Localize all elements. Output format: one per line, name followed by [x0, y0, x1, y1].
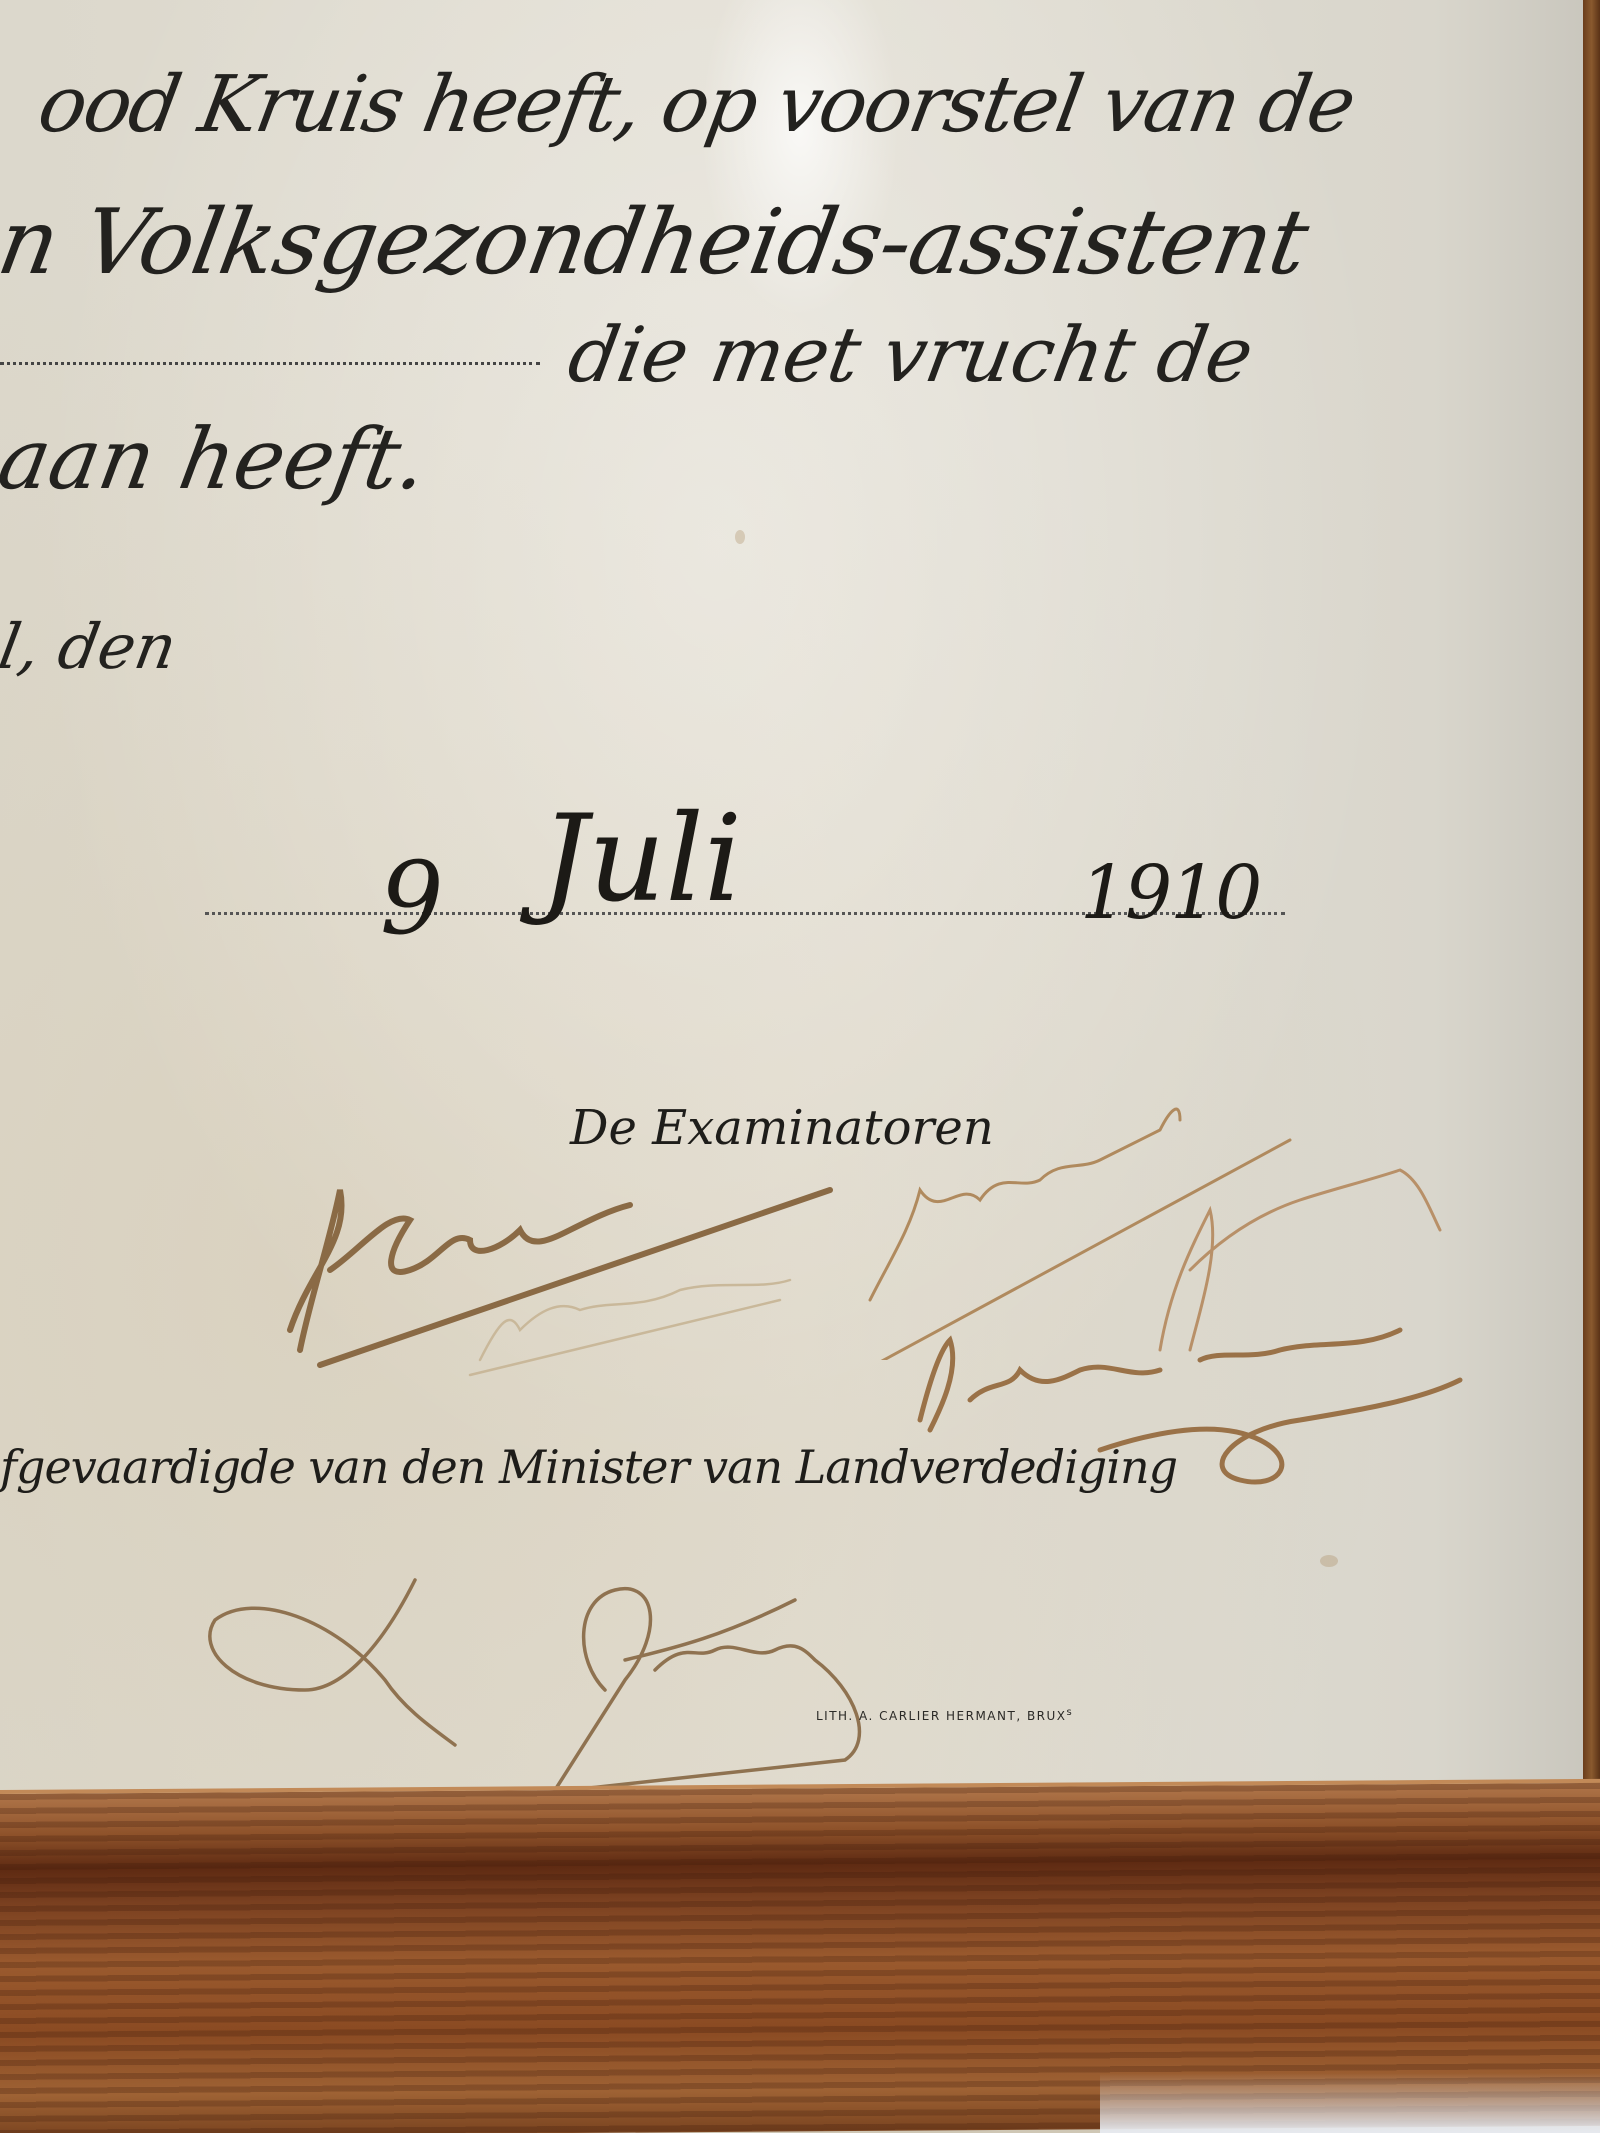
certificate-line-3: die met vrucht de [562, 310, 1260, 399]
minister-delegate-line: fgevaardigde van den Minister van Landve… [0, 1440, 1177, 1494]
printer-credit-text: LITH. A. CARLIER HERMANT, BRUX [816, 1709, 1067, 1723]
foxing-spot [1320, 1555, 1338, 1567]
foxing-spot [735, 530, 745, 544]
date-prefix: l, den [0, 610, 182, 683]
date-day: 9 [380, 840, 444, 957]
certificate-line-1: ood Kruis heeft, op voorstel van de [32, 60, 1360, 150]
wooden-frame-right [1583, 0, 1600, 1810]
certificate-line-4: aan heeft. [0, 410, 435, 508]
signature-minister-delegate [195, 1560, 955, 1820]
certificate-line-2: n Volksgezondheids-assistent [0, 190, 1315, 295]
date-month: Juli [540, 790, 742, 929]
printer-credit-suffix: s [1067, 1707, 1074, 1718]
background-surface [1100, 2073, 1600, 2133]
printer-credit: LITH. A. CARLIER HERMANT, BRUXs [816, 1707, 1073, 1723]
date-year: 1910 [1080, 850, 1260, 936]
name-fill-line [0, 362, 540, 365]
signature-examiner-2 [460, 1270, 800, 1380]
